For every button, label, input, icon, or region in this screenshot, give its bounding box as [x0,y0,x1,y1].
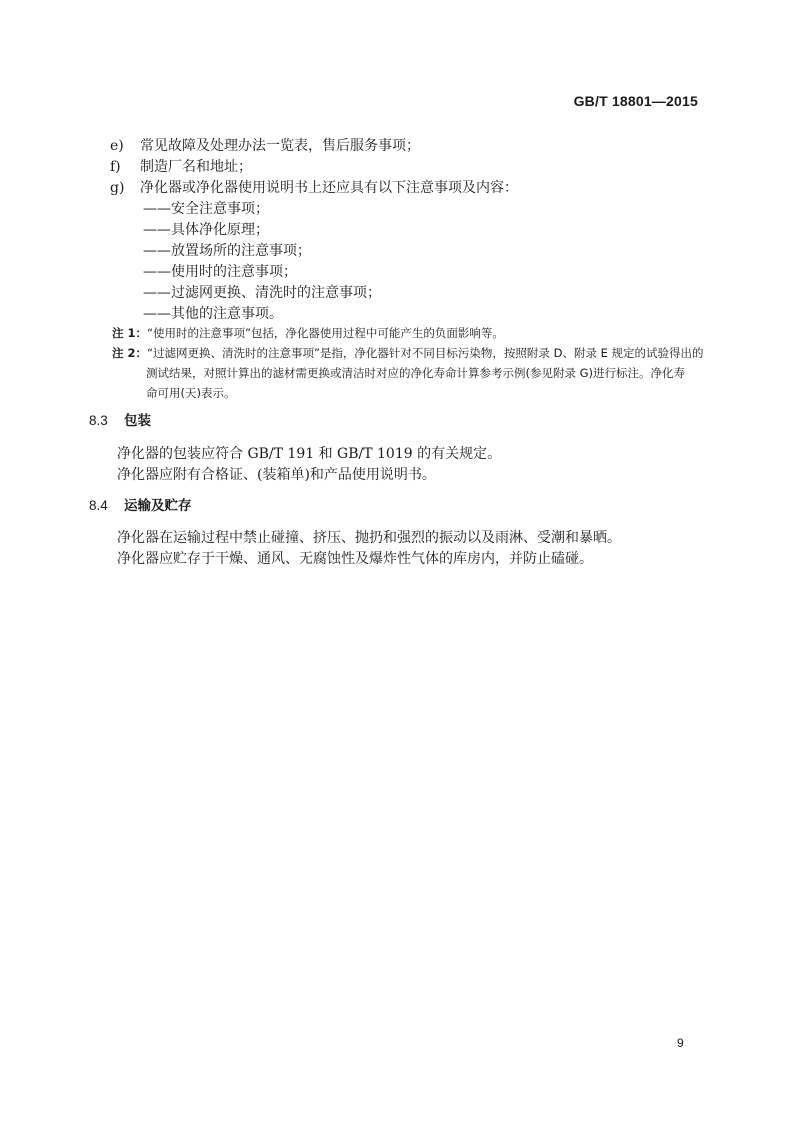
note-2-continuation: 命可用(天)表示。 [146,383,235,403]
list-item-text: 制造厂名和地址； [140,159,252,175]
section-heading-8-4: 8.4运输及贮存 [89,496,192,516]
note-2-continuation: 测试结果，对照计算出的滤材需更换或清洁时对应的净化寿命计算参考示例(参见附录 G… [146,363,685,383]
standard-code-header: GB/T 18801—2015 [574,93,698,109]
paragraph: 净化器应附有合格证、(装箱单)和产品使用说明书。 [117,465,436,485]
list-item-f: f)制造厂名和地址； [110,157,252,177]
paragraph: 净化器应贮存于干燥、通风、无腐蚀性及爆炸性气体的库房内，并防止磕碰。 [117,549,593,569]
page-number: 9 [677,1036,684,1050]
note-1: 注 1：“使用时的注意事项”包括，净化器使用过程中可能产生的负面影响等。 [112,323,504,343]
list-item-g: g)净化器或净化器使用说明书上还应具有以下注意事项及内容： [110,178,518,198]
note-label: 注 1： [112,326,147,340]
section-title: 包装 [124,413,151,429]
note-text: “使用时的注意事项”包括，净化器使用过程中可能产生的负面影响等。 [147,326,504,340]
section-number: 8.4 [89,496,124,516]
sub-item: ——具体净化原理； [143,220,269,240]
paragraph: 净化器在运输过程中禁止碰撞、挤压、抛扔和强烈的振动以及雨淋、受潮和暴晒。 [117,528,621,548]
sub-item: ——使用时的注意事项； [143,262,297,282]
paragraph: 净化器的包装应符合 GB/T 191 和 GB/T 1019 的有关规定。 [117,444,501,464]
list-item-text: 常见故障及处理办法一览表，售后服务事项； [140,138,420,154]
note-label: 注 2： [112,346,147,360]
sub-item: ——其他的注意事项。 [143,304,283,324]
section-number: 8.3 [89,411,124,431]
section-title: 运输及贮存 [124,498,192,514]
list-item-e: e)常见故障及处理办法一览表，售后服务事项； [110,136,420,156]
list-item-label: f) [110,157,140,177]
list-item-text: 净化器或净化器使用说明书上还应具有以下注意事项及内容： [140,180,518,196]
note-2: 注 2：“过滤网更换、清洗时的注意事项”是指，净化器针对不同目标污染物，按照附录… [112,343,704,363]
list-item-label: g) [110,178,140,198]
sub-item: ——过滤网更换、清洗时的注意事项； [143,283,381,303]
sub-item: ——放置场所的注意事项； [143,241,311,261]
section-heading-8-3: 8.3包装 [89,411,151,431]
note-text: “过滤网更换、清洗时的注意事项”是指，净化器针对不同目标污染物，按照附录 D、附… [147,346,704,360]
sub-item: ——安全注意事项； [143,199,269,219]
list-item-label: e) [110,136,140,156]
